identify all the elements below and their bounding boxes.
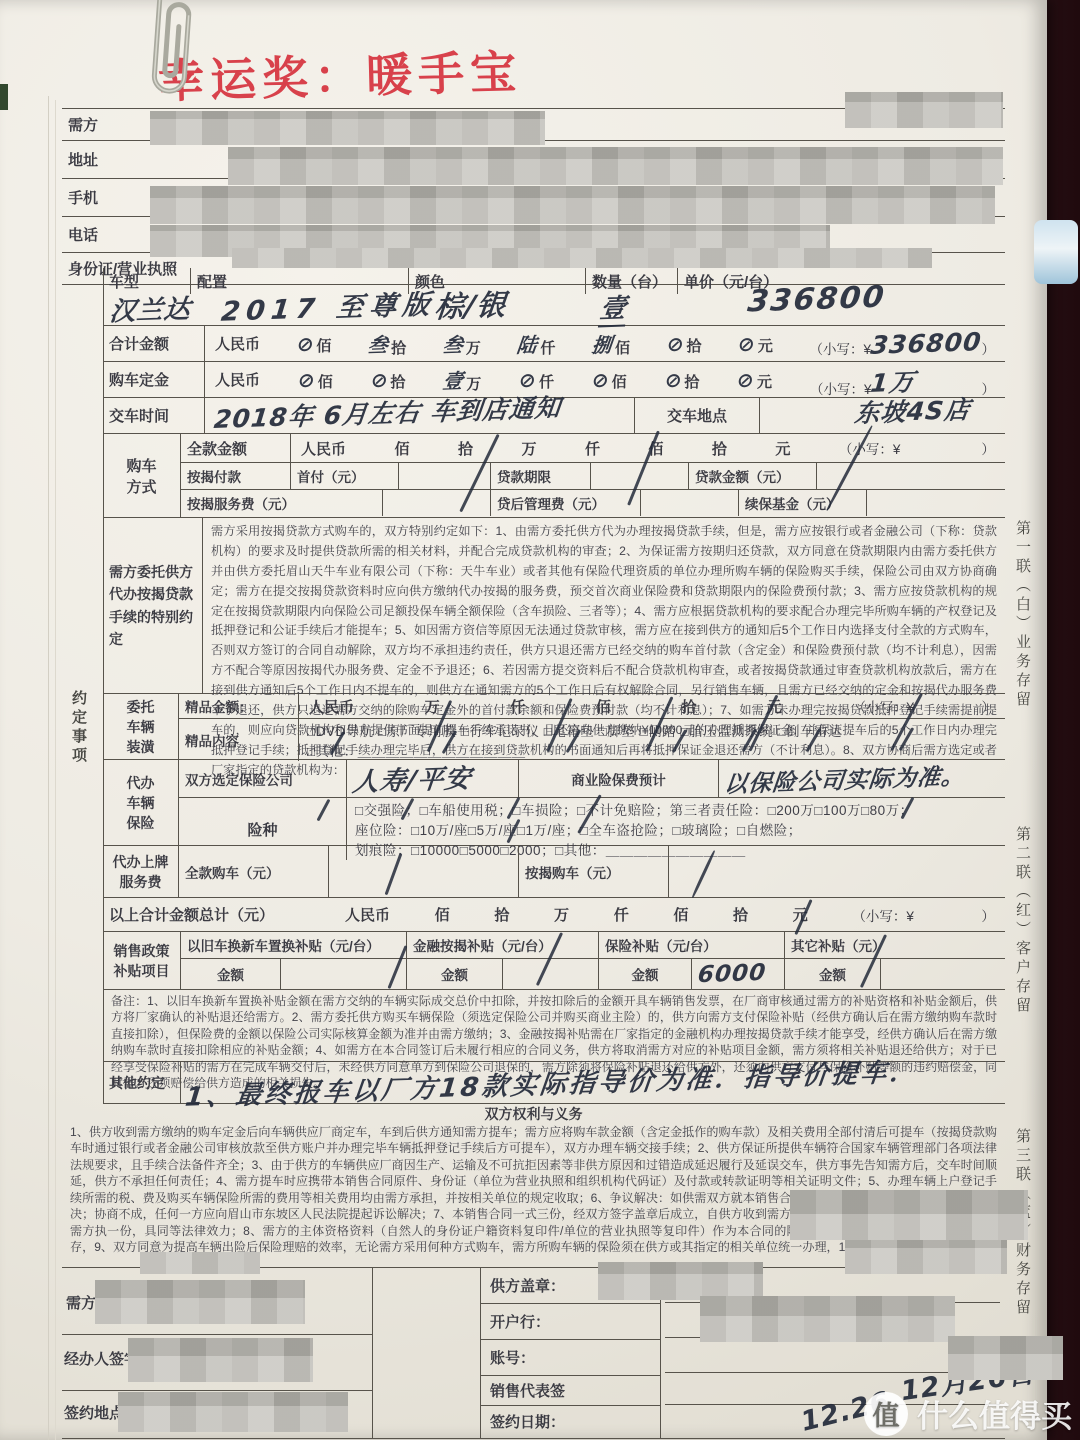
chosen-insurer-value-handwriting: 人寿/平安 [351, 758, 474, 799]
redaction-rights-3 [140, 1252, 260, 1274]
model-header: 车型 [109, 271, 139, 292]
phone-label: 电话 [62, 224, 142, 245]
loan-amount-label: 贷款金额（元） [695, 466, 790, 486]
payment-method-label: 购车方式 [125, 455, 159, 497]
renewal-fund-label: 续保基金（元） [745, 493, 840, 513]
deposit-label: 购车定金 [109, 369, 169, 390]
config-value-handwriting: 2017 至尊版 [219, 282, 438, 328]
loan-term-label: 贷款期限 [497, 466, 551, 486]
config-header: 配置 [197, 271, 227, 292]
mortgage-payment-label: 按揭付款 [187, 466, 241, 486]
trade-in-subsidy-header: 以旧车换新车置换补贴（元/台） [187, 935, 380, 955]
finance-subsidy-header: 金融按揭补贴（元/台） [413, 935, 552, 955]
seller-stamp-label: 供方盖章： [490, 1275, 565, 1296]
contract-paper: 幸运奖：暖手宝 需方 地址 手机 电话 身份证/营业执照 约定事项 车型 配置 … [0, 0, 1047, 1440]
redaction-place [118, 1392, 348, 1432]
sign-date-label: 签约日期： [490, 1411, 565, 1432]
smzdm-logo-icon: 值 [864, 1392, 908, 1436]
model-value-handwriting: 汉兰达 [108, 289, 193, 329]
delivery-place-value-handwriting: 东坡4S店 [853, 390, 973, 430]
redaction-buyer-name [150, 111, 545, 145]
delivery-place-label: 交车地点 [667, 405, 727, 426]
bank-label: 开户行： [490, 1311, 550, 1332]
account-label: 账号： [490, 1347, 535, 1368]
insurance-subsidy-header: 保险补贴（元/台） [605, 935, 717, 955]
plate-mortgage-label: 按揭购车（元） [525, 862, 620, 882]
color-value-handwriting: 棕/银 [433, 283, 509, 326]
copy-2-label: 第二联（红）客户存留 [1012, 826, 1033, 1016]
redaction-agent-sign [128, 1338, 313, 1382]
plate-full-label: 全款购车（元） [185, 862, 280, 882]
insurance-subsidy-value-handwriting: 6000 [696, 960, 767, 988]
redaction-rights-1 [790, 1190, 1028, 1240]
down-payment-label: 首付（元） [297, 466, 365, 486]
redaction-rights-2 [845, 1240, 1007, 1274]
redaction-stamp-area [598, 1262, 763, 1300]
agreement-items-column-label: 约定事项 [68, 690, 89, 766]
copy-1-label: 第一联（白）业务存留 [1012, 520, 1033, 710]
blue-object [1034, 220, 1078, 284]
rights-title: 双方权利与义务 [70, 1104, 997, 1124]
full-payment-label: 全款金额 [187, 438, 247, 459]
redaction-address [228, 147, 1003, 185]
redaction-mobile [150, 186, 995, 224]
sales-rep-sign-label: 销售代表签 [490, 1380, 565, 1401]
grand-total-label: 以上合计金额总计（元） [109, 904, 274, 925]
post-loan-fee-label: 贷后管理费（元） [497, 493, 605, 513]
total-small-value-handwriting: 336800 [869, 327, 983, 360]
redaction-account-area [948, 1336, 1063, 1380]
mortgage-service-fee-label: 按揭服务费（元） [187, 493, 295, 513]
photo-of-contract: 幸运奖：暖手宝 需方 地址 手机 电话 身份证/营业执照 约定事项 车型 配置 … [0, 0, 1080, 1440]
mobile-label: 手机 [62, 187, 142, 208]
buyer-label: 需方 [62, 114, 142, 135]
boutique-amount-label: 精品金额： [185, 696, 253, 716]
delivery-time-label: 交车时间 [109, 405, 169, 426]
special-agreement-label: 需方委托供方代办按揭贷款手续的特别约定 [109, 561, 196, 651]
total-amount-label: 合计金额 [109, 333, 169, 354]
insurance-agency-label: 代办车辆保险 [125, 773, 157, 833]
coverage-line-2: 座位险：□10万/座□5万/座□1万/座；□全车盗抢险；□玻璃险；□自燃险； [355, 819, 997, 839]
green-edge-object [0, 84, 8, 110]
currency-label: 人民币 [215, 333, 260, 354]
paperclip-icon [130, 0, 208, 114]
watermark-text: 什么值得买 [917, 1391, 1072, 1436]
redaction-buyer-sign [95, 1280, 305, 1324]
plate-service-label: 代办上牌服务费 [109, 852, 172, 892]
boutique-content-label: 精品内容 [185, 730, 239, 750]
redaction-top-right [845, 92, 1003, 128]
watermark: 值 什么值得买 [864, 1391, 1072, 1436]
subsidy-program-label: 销售政策补贴项目 [109, 941, 174, 981]
chosen-insurer-label: 双方选定保险公司 [185, 769, 293, 789]
other-agreement-label: 其他约定 [109, 1073, 165, 1093]
unit-price-value-handwriting: 336800 [746, 280, 888, 320]
commercial-premium-value-handwriting: 以保险公司实际为准。 [723, 758, 968, 799]
commercial-premium-label: 商业险保费预计 [571, 769, 666, 789]
redaction-id [232, 248, 932, 268]
qty-value-handwriting: 壹 [598, 288, 629, 328]
coverage-types-label: 险种 [247, 819, 277, 840]
redaction-bank-area [700, 1296, 955, 1342]
prize-note-handwriting: 幸运奖：暖手宝 [157, 31, 719, 112]
decoration-label: 委托车辆装潢 [125, 697, 157, 757]
address-label: 地址 [62, 149, 142, 170]
other-subsidy-header: 其它补贴（元） [791, 935, 886, 955]
